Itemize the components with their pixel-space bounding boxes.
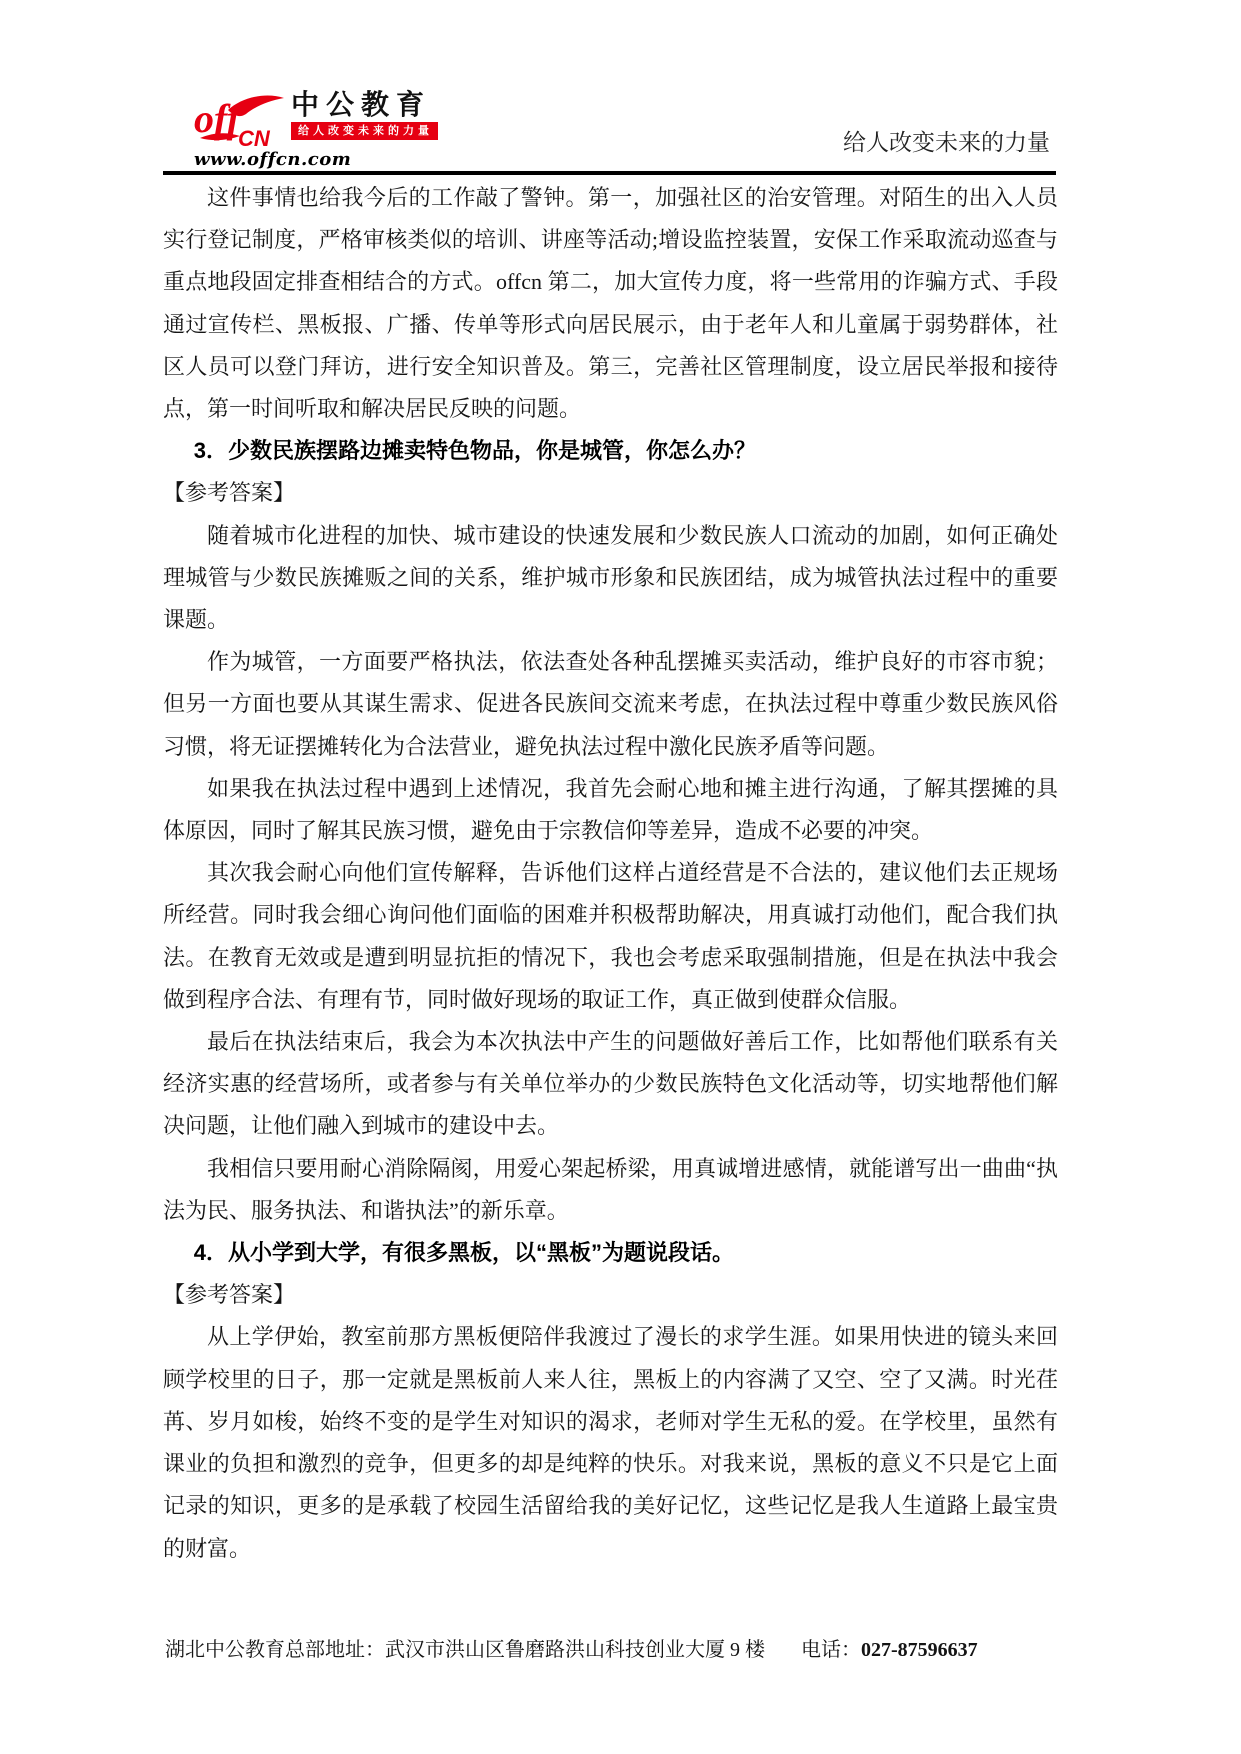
paragraph-communication: 如果我在执法过程中遇到上述情况，我首先会耐心地和摊主进行沟通，了解其摆摊的具体原… xyxy=(163,768,1058,852)
footer-phone-number: 027-87596637 xyxy=(861,1639,978,1661)
document-content: 这件事情也给我今后的工作敲了警钟。第一，加强社区的治安管理。对陌生的出入人员实行… xyxy=(163,177,1058,1570)
reference-answer-label-3: 【参考答案】 xyxy=(163,472,1058,514)
offcn-logo-wordmark: 中公教育 给人改变未来的力量 xyxy=(291,90,438,140)
question-4-heading: 4．从小学到大学，有很多黑板，以“黑板”为题说段话。 xyxy=(163,1232,1058,1274)
question-3-heading: 3．少数民族摆路边摊卖特色物品，你是城管，你怎么办？ xyxy=(163,430,1058,472)
offcn-logo-mark-icon: off CN xyxy=(194,94,286,148)
page-footer: 湖北中公教育总部地址：武汉市洪山区鲁磨路洪山科技创业大厦 9 楼电话：027-8… xyxy=(165,1633,978,1662)
paragraph-warning-bell: 这件事情也给我今后的工作敲了警钟。第一，加强社区的治安管理。对陌生的出入人员实行… xyxy=(163,177,1058,430)
paragraph-urbanization: 随着城市化进程的加快、城市建设的快速发展和少数民族人口流动的加剧，如何正确处理城… xyxy=(163,515,1058,642)
header-divider xyxy=(163,171,1056,175)
paragraph-persuasion: 其次我会耐心向他们宣传解释，告诉他们这样占道经营是不合法的，建议他们去正规场所经… xyxy=(163,852,1058,1021)
paragraph-conclusion-3: 我相信只要用耐心消除隔阂，用爱心架起桥梁，用真诚增进感情，就能谱写出一曲曲“执法… xyxy=(163,1148,1058,1232)
footer-phone-label: 电话： xyxy=(801,1639,861,1661)
logo-cn-text: CN xyxy=(238,126,271,148)
document-page: off CN 中公教育 给人改变未来的力量 www.offcn.com 给人改变… xyxy=(0,0,1241,1754)
offcn-logo-row: off CN 中公教育 给人改变未来的力量 xyxy=(194,90,438,148)
paragraph-followup: 最后在执法结束后，我会为本次执法中产生的问题做好善后工作，比如帮他们联系有关经济… xyxy=(163,1021,1058,1148)
brand-slogan-banner: 给人改变未来的力量 xyxy=(291,122,438,140)
paragraph-chengguan-duty: 作为城管，一方面要严格执法，依法查处各种乱摆摊买卖活动，维护良好的市容市貌；但另… xyxy=(163,641,1058,768)
footer-address: 湖北中公教育总部地址：武汉市洪山区鲁磨路洪山科技创业大厦 9 楼 xyxy=(165,1639,765,1661)
paragraph-blackboard-essay: 从上学伊始，教室前那方黑板便陪伴我渡过了漫长的求学生涯。如果用快进的镜头来回顾学… xyxy=(163,1316,1058,1569)
reference-answer-label-4: 【参考答案】 xyxy=(163,1274,1058,1316)
brand-website: www.offcn.com xyxy=(194,149,438,170)
header-tagline: 给人改变未来的力量 xyxy=(843,124,1050,157)
brand-name: 中公教育 xyxy=(291,90,438,119)
offcn-logo: off CN 中公教育 给人改变未来的力量 www.offcn.com xyxy=(194,90,438,170)
